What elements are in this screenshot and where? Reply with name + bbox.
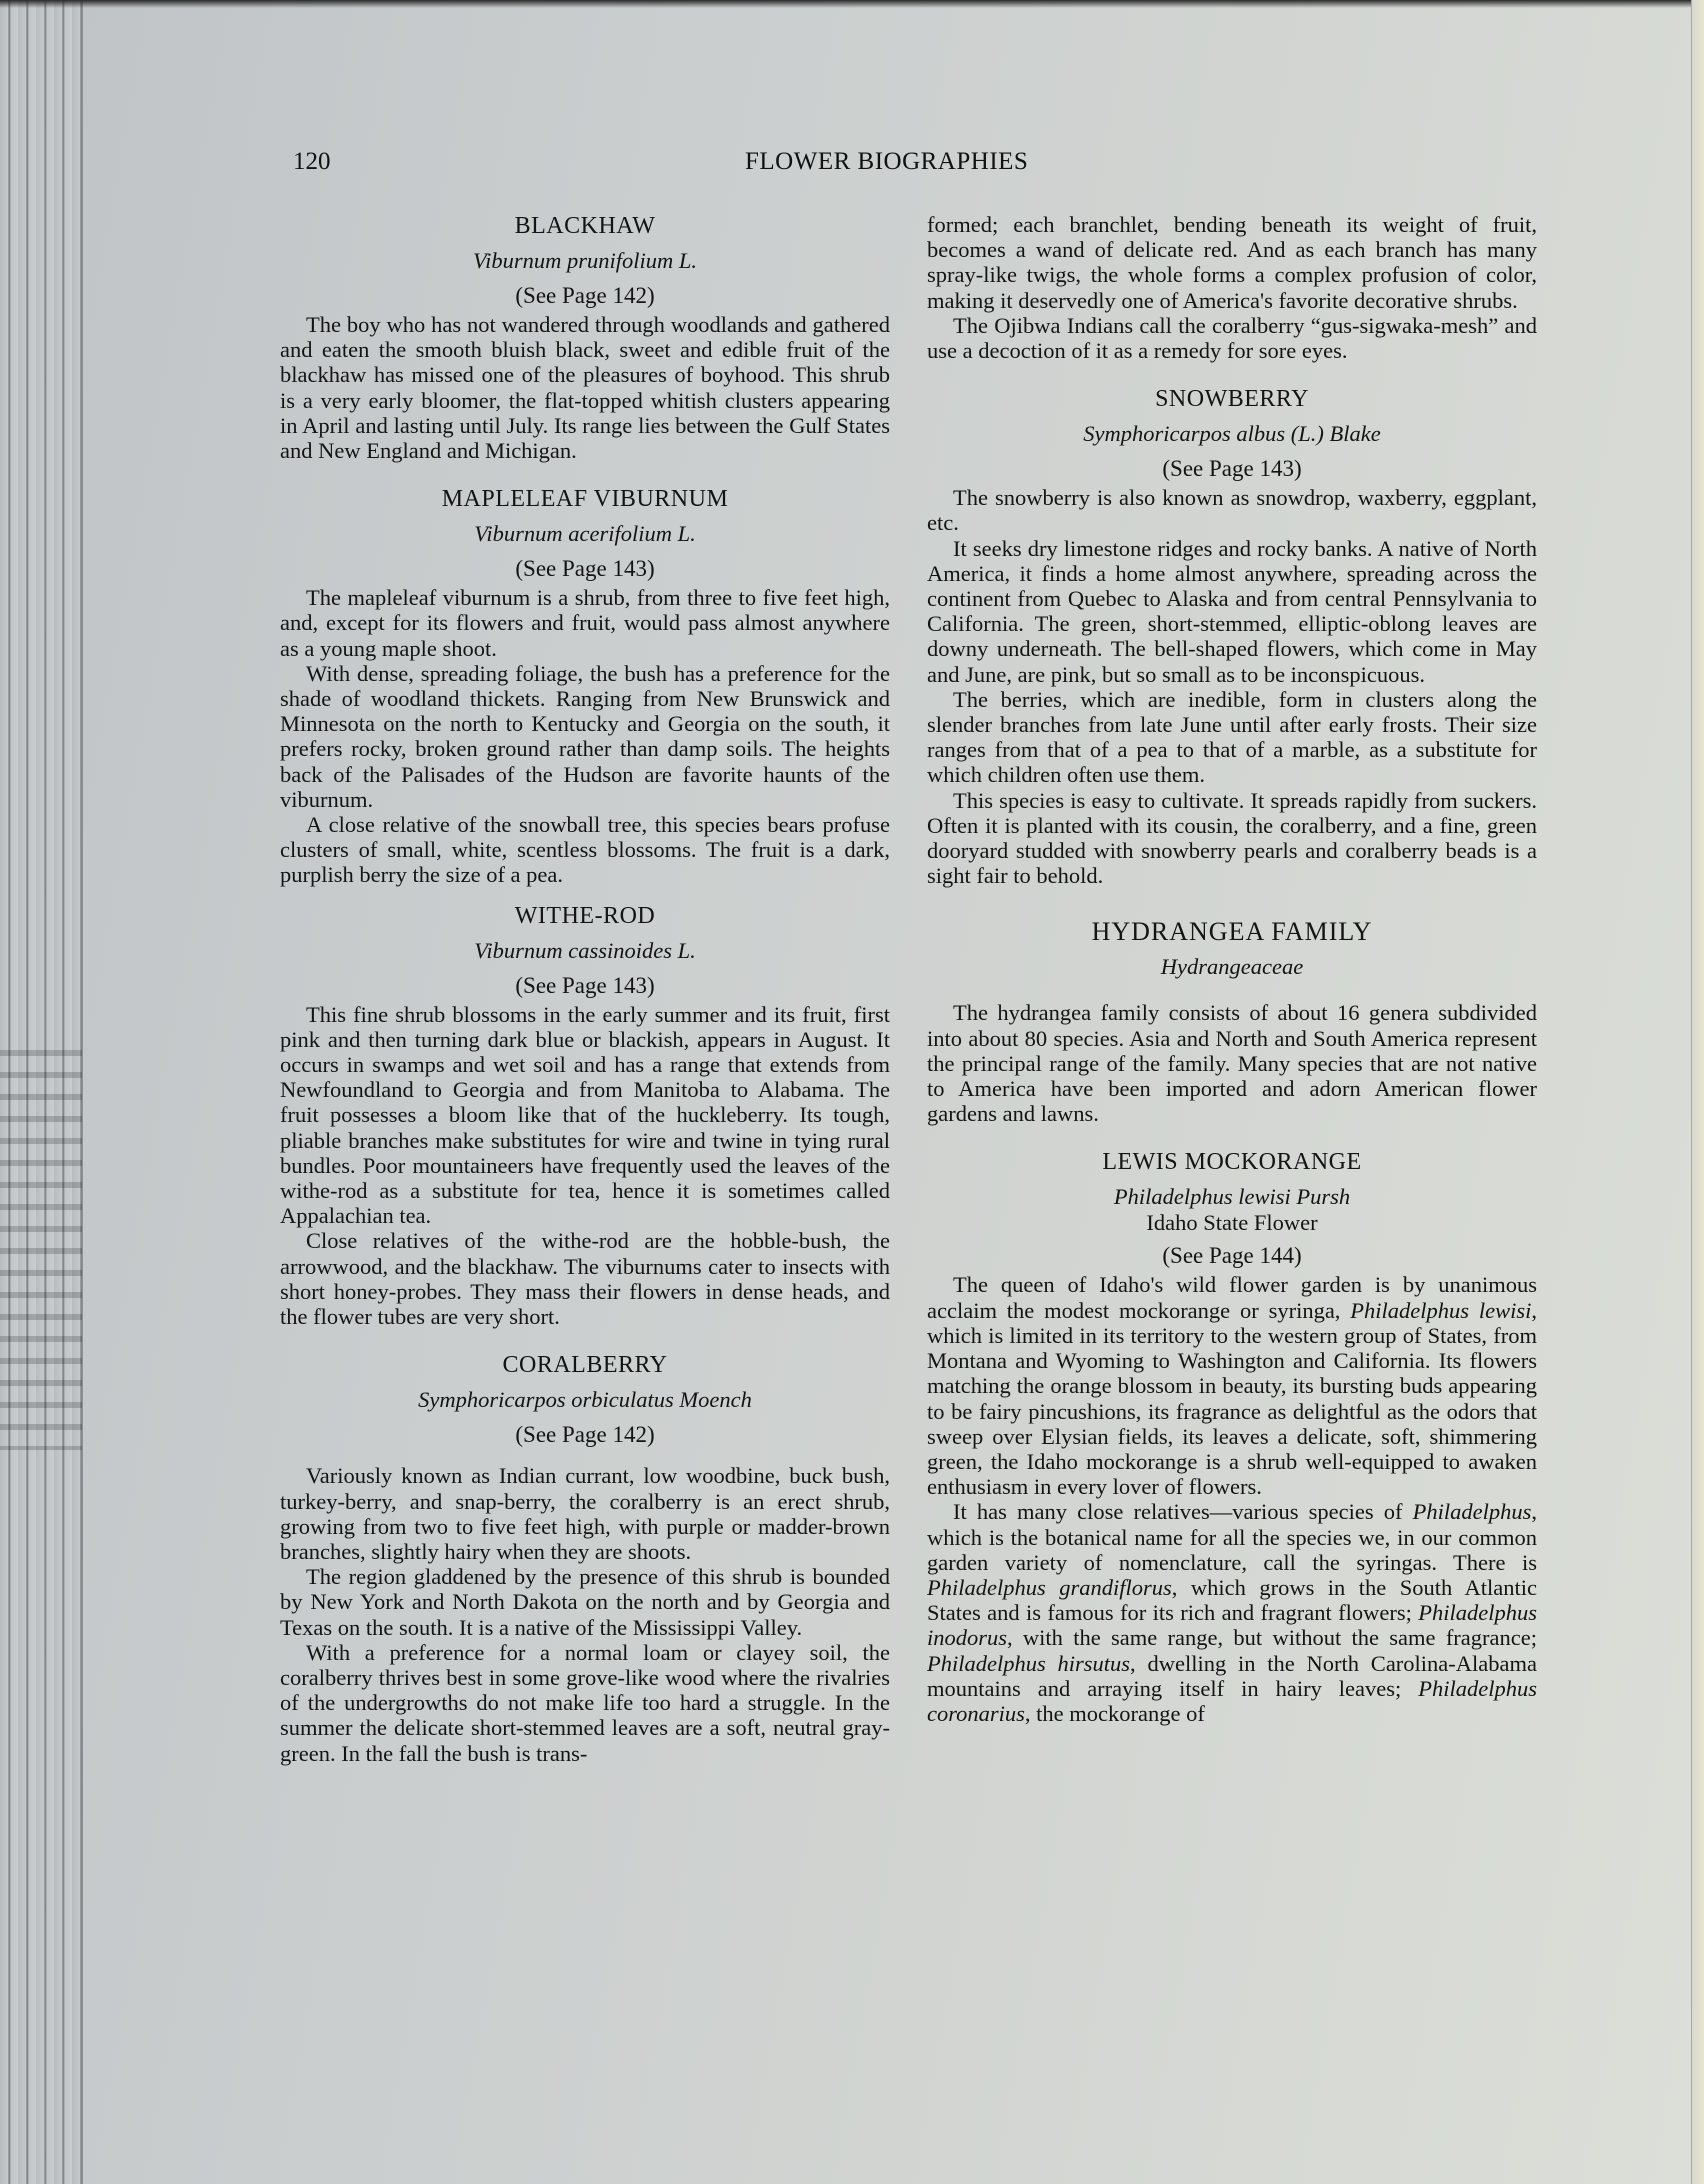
paragraph: The berries, which are inedible, form in… xyxy=(927,687,1537,788)
paragraph: This fine shrub blossoms in the early su… xyxy=(280,1002,890,1229)
left-column: BLACKHAW Viburnum prunifolium L. (See Pa… xyxy=(280,212,890,1766)
paragraph: The mapleleaf viburnum is a shrub, from … xyxy=(280,585,890,661)
state-flower-note: Idaho State Flower xyxy=(927,1210,1537,1236)
paragraph: Close relatives of the withe-rod are the… xyxy=(280,1228,890,1329)
paragraph: It has many close relatives—various spec… xyxy=(927,1499,1537,1726)
paragraph: The snowberry is also known as snowdrop,… xyxy=(927,485,1537,535)
see-page-reference: (See Page 144) xyxy=(927,1242,1537,1270)
entry-withe-rod: WITHE-ROD Viburnum cassinoides L. (See P… xyxy=(280,902,890,1330)
scientific-name: Philadelphus lewisi Pursh xyxy=(927,1184,1537,1210)
family-scientific-name: Hydrangeaceae xyxy=(927,954,1537,980)
scientific-name: Symphoricarpos orbiculatus Moench xyxy=(280,1387,890,1413)
entry-blackhaw: BLACKHAW Viburnum prunifolium L. (See Pa… xyxy=(280,212,890,463)
entry-title: LEWIS MOCKORANGE xyxy=(927,1148,1537,1176)
paragraph: This species is easy to cultivate. It sp… xyxy=(927,788,1537,889)
entry-mapleleaf-viburnum: MAPLELEAF VIBURNUM Viburnum acerifolium … xyxy=(280,485,890,887)
scientific-name: Viburnum prunifolium L. xyxy=(280,248,890,274)
paragraph: It seeks dry limestone ridges and rocky … xyxy=(927,536,1537,687)
scientific-name: Viburnum cassinoides L. xyxy=(280,938,890,964)
entry-title: SNOWBERRY xyxy=(927,385,1537,413)
paragraph: With dense, spreading foliage, the bush … xyxy=(280,661,890,812)
see-page-reference: (See Page 143) xyxy=(280,972,890,1000)
see-page-reference: (See Page 143) xyxy=(280,555,890,583)
page-number: 120 xyxy=(293,148,331,176)
top-shadow xyxy=(0,0,1704,8)
paragraph: The hydrangea family consists of about 1… xyxy=(927,1000,1537,1126)
paragraph: With a preference for a normal loam or c… xyxy=(280,1640,890,1766)
entry-coralberry-continued: formed; each branchlet, bending beneath … xyxy=(927,212,1537,363)
see-page-reference: (See Page 142) xyxy=(280,1421,890,1449)
family-title: HYDRANGEA FAMILY xyxy=(927,918,1537,946)
entry-title: CORALBERRY xyxy=(280,1351,890,1379)
right-column: formed; each branchlet, bending beneath … xyxy=(927,212,1537,1726)
see-page-reference: (See Page 142) xyxy=(280,282,890,310)
paragraph: A close relative of the snowball tree, t… xyxy=(280,812,890,888)
running-header: 120 FLOWER BIOGRAPHIES xyxy=(293,148,1523,188)
paragraph: formed; each branchlet, bending beneath … xyxy=(927,212,1537,313)
paragraph: The Ojibwa Indians call the coralberry “… xyxy=(927,313,1537,363)
scientific-name: Symphoricarpos albus (L.) Blake xyxy=(927,421,1537,447)
paragraph: Variously known as Indian currant, low w… xyxy=(280,1463,890,1564)
entry-hydrangea-family: HYDRANGEA FAMILY Hydrangeaceae The hydra… xyxy=(927,918,1537,1126)
entry-lewis-mockorange: LEWIS MOCKORANGE Philadelphus lewisi Pur… xyxy=(927,1148,1537,1726)
page-edges-stack xyxy=(0,0,83,2184)
paragraph: The queen of Idaho's wild flower garden … xyxy=(927,1272,1537,1499)
entry-title: WITHE-ROD xyxy=(280,902,890,930)
paragraph: The region gladdened by the presence of … xyxy=(280,1564,890,1640)
entry-snowberry: SNOWBERRY Symphoricarpos albus (L.) Blak… xyxy=(927,385,1537,888)
entry-coralberry: CORALBERRY Symphoricarpos orbiculatus Mo… xyxy=(280,1351,890,1765)
scientific-name: Viburnum acerifolium L. xyxy=(280,521,890,547)
right-page-edge xyxy=(1691,0,1704,2184)
entry-title: MAPLELEAF VIBURNUM xyxy=(280,485,890,513)
entry-title: BLACKHAW xyxy=(280,212,890,240)
book-page: 120 FLOWER BIOGRAPHIES BLACKHAW Viburnum… xyxy=(0,0,1704,2184)
running-title: FLOWER BIOGRAPHIES xyxy=(745,148,1028,176)
see-page-reference: (See Page 143) xyxy=(927,455,1537,483)
paragraph: The boy who has not wandered through woo… xyxy=(280,312,890,463)
